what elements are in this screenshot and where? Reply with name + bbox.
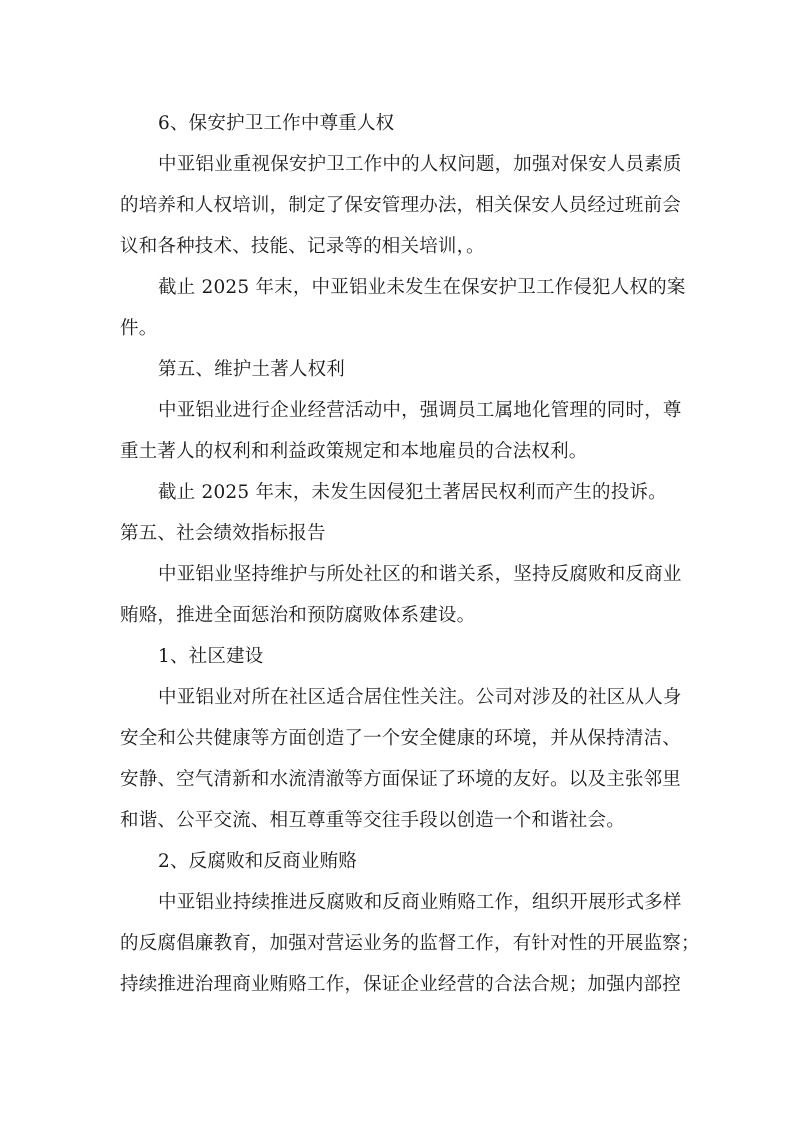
subheading-community-building: 1、社区建设 [120,636,680,677]
paragraph-line: 件。 [120,308,680,349]
document-page: 6、保安护卫工作中尊重人权 中亚铝业重视保安护卫工作中的人权问题，加强对保安人员… [120,103,680,1005]
paragraph-line: 中亚铝业持续推进反腐败和反商业贿赂工作，组织开展形式多样 [120,882,680,923]
paragraph-line: 中亚铝业坚持维护与所处社区的和谐关系，坚持反腐败和反商业 [120,554,680,595]
paragraph-line: 和谐、公平交流、相互尊重等交往手段以创造一个和谐社会。 [120,800,680,841]
paragraph-line: 截止 2025 年末，中亚铝业未发生在保安护卫工作侵犯人权的案 [120,267,680,308]
paragraph-line: 贿赂，推进全面惩治和预防腐败体系建设。 [120,595,680,636]
subheading-anti-corruption: 2、反腐败和反商业贿赂 [120,841,680,882]
subheading-security-human-rights: 6、保安护卫工作中尊重人权 [120,103,680,144]
paragraph-line: 中亚铝业对所在社区适合居住性关注。公司对涉及的社区从人身 [120,677,680,718]
paragraph-line: 安全和公共健康等方面创造了一个安全健康的环境，并从保持清洁、 [120,718,680,759]
paragraph-line: 安静、空气清新和水流清澈等方面保证了环境的友好。以及主张邻里 [120,759,680,800]
paragraph-line: 的培养和人权培训，制定了保安管理办法，相关保安人员经过班前会 [120,185,680,226]
paragraph-line: 中亚铝业重视保安护卫工作中的人权问题，加强对保安人员素质 [120,144,680,185]
paragraph-line: 中亚铝业进行企业经营活动中，强调员工属地化管理的同时，尊 [120,390,680,431]
subheading-indigenous-rights: 第五、维护土著人权利 [120,349,680,390]
paragraph-line: 截止 2025 年末，未发生因侵犯土著居民权利而产生的投诉。 [120,472,680,513]
paragraph-line: 议和各种技术、技能、记录等的相关培训，。 [120,226,680,267]
paragraph-line: 持续推进治理商业贿赂工作，保证企业经营的合法合规；加强内部控 [120,964,680,1005]
section-heading-social-performance: 第五、社会绩效指标报告 [120,513,680,554]
paragraph-line: 的反腐倡廉教育，加强对营运业务的监督工作，有针对性的开展监察； [120,923,680,964]
paragraph-line: 重土著人的权利和利益政策规定和本地雇员的合法权利。 [120,431,680,472]
